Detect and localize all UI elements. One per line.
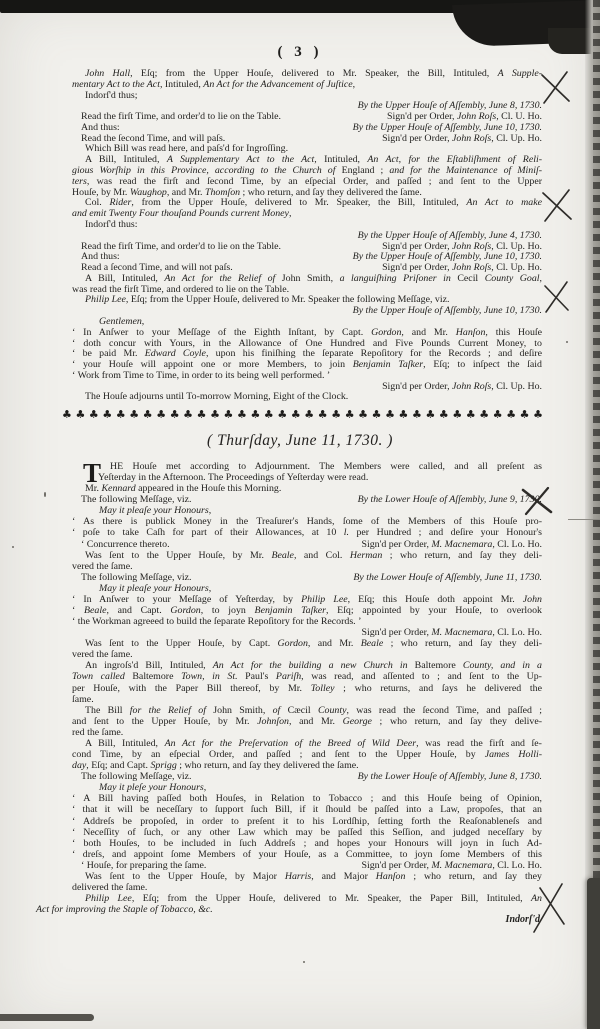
text-run: By the Upper Houſe of Aſſembly, June 4, … (358, 230, 542, 241)
text-run: , (353, 79, 355, 90)
text-run: Philip Lee (301, 594, 348, 605)
text-line: The Bill for the Relief of John Smith, o… (72, 705, 542, 716)
text-run: , (204, 782, 206, 793)
text-run: Sign'd per Order, (362, 860, 432, 871)
text-line: Yeſterday in the Afternoon. The Proceedi… (72, 472, 542, 483)
text-run: , Eſq; to inſpect the ſaid (423, 359, 542, 370)
text-run: The Bill (85, 705, 130, 716)
text-run: ‘ Houſe, for preparing the ſame. (81, 860, 206, 871)
text-line: ‘ Addreſs be propoſed, in order to preſe… (72, 816, 542, 827)
text-run: Was ſent to the Upper Houſe, by Mr. (85, 550, 271, 561)
text-run: Paul's (238, 671, 276, 682)
text-line: Was ſent to the Upper Houſe, by Mr. Beal… (72, 550, 542, 561)
text-run: May it pleſe your Honours (99, 782, 204, 793)
handwritten-x-mark (541, 278, 573, 314)
text-run: Indorſ'd thus: (85, 219, 138, 230)
text-line: ‘ both Houſes, to be included in ſuch Ad… (72, 838, 542, 849)
text-run: May it pleaſe your Honours (99, 505, 209, 516)
text-run: John Roſs (452, 262, 491, 273)
text-run: , was read, and aſſented to ; and ſent t… (301, 671, 542, 682)
text-run: a languiſhing Priſoner in (340, 273, 451, 284)
text-run: Sprigg (150, 760, 176, 771)
text-run: Baltemore (408, 660, 463, 671)
text-run: Indorſ'd thus; (85, 90, 138, 101)
text-line: May it pleaſe your Honours, (72, 505, 542, 516)
text-run: Which Bill was read here, and paſs'd for… (85, 143, 288, 154)
text-run: , and Col. (294, 550, 350, 561)
text-run: Sign'd per Order, (382, 133, 452, 144)
text-run: An Act for the building a new Church in (213, 660, 408, 671)
text-run: , Cl. Up. Ho. (491, 133, 542, 144)
text-run: Was ſent to the Upper Houſe, by Major (85, 871, 285, 882)
text-run: and for the Maintenance of Miniſ- (389, 165, 542, 176)
text-run: Read a ſecond Time, and will not paſs. (81, 262, 233, 273)
text-line: ‘ dreſs, and appoint ſome Members of you… (72, 849, 542, 860)
text-run: Read the firſt Time, and order'd to lie … (81, 241, 281, 252)
text-run: ‘ Concurrence thereto. (81, 539, 170, 550)
text-run: and ſent to the Upper Houſe, by Mr. (72, 716, 257, 727)
line-text: ‘ Concurrence thereto. (81, 539, 170, 550)
text-run: for the Relief of (130, 705, 206, 716)
text-line: cond Time, by an eſpecial Order, and paſ… (72, 749, 542, 760)
text-run: Hanſon (376, 871, 406, 882)
text-run: May it pleaſe your Honours (99, 583, 209, 594)
proceedings-june-10: John Hall, Eſq; from the Upper Houſe, de… (72, 69, 542, 403)
text-run: mentary Act to the Act (72, 79, 160, 90)
text-line: ‘ As there is publick Money in the Treaſ… (72, 516, 542, 527)
text-run: ‘ A Bill having paſſed both Houſes, in R… (72, 793, 542, 804)
text-run: Harris (285, 871, 311, 882)
text-line: vered the ſame. (72, 649, 542, 660)
text-run: ; who return, and ſay they deli- (383, 638, 542, 649)
text-line: and emit Twenty Four thouſand Pounds cur… (72, 209, 542, 220)
ink-speck (566, 341, 568, 343)
text-run: By the Lower Houſe of Aſſembly, June 8, … (358, 771, 542, 782)
text-run: ‘ both Houſes, to be included in ſuch Ad… (72, 838, 542, 849)
text-line-split: ‘ Houſe, for preparing the ſame.Sign'd p… (72, 860, 542, 871)
text-run: ‘ Addreſs be propoſed, in order to preſe… (72, 816, 542, 827)
text-run: ; who return, and ſay they delivered the… (177, 760, 359, 771)
text-run: Sign'd per Order, (382, 262, 452, 273)
text-run: By the Upper Houſe of Aſſembly, June 10,… (353, 251, 542, 262)
text-run: Was ſent to the Upper Houſe, by Capt. (85, 638, 278, 649)
text-run: An Act, for the Eſtabliſhment of Reli- (367, 154, 542, 165)
text-run: , was read the firſt and ſe- (416, 738, 542, 749)
text-run: John Roſs (452, 241, 491, 252)
scan-edge-right-texture (593, 0, 600, 1029)
text-run: , Eſq; from the Upper Houſe, delivered t… (130, 68, 498, 79)
text-run: Hanſon (456, 327, 486, 338)
text-run: Cecil (451, 273, 485, 284)
text-line: Was ſent to the Upper Houſe, by Capt. Go… (72, 638, 542, 649)
text-run: , upon his finiſhing the ſeparate Repoſi… (206, 348, 542, 359)
text-run: , was read the ſecond Time, and paſſed ; (346, 705, 542, 716)
text-run: Read the ſecond Time, and will paſs. (81, 133, 225, 144)
text-run: An Act for the Relief of (164, 273, 275, 284)
text-run: Philip Lee (85, 893, 132, 904)
text-run: John Roſs (457, 111, 496, 122)
text-run: Houſe, by Mr. (72, 187, 130, 198)
text-run: Town, in St. (181, 671, 238, 682)
text-line-split: The following Meſſage, viz.By the Lower … (72, 572, 542, 583)
text-run: , Cl. Up. Ho. (491, 381, 542, 392)
proceedings-june-11: T HE Houſe met according to Adjournment.… (72, 461, 542, 915)
text-run: Act for improving the Staple of Tobacco,… (36, 904, 213, 915)
text-run: John Roſs (452, 133, 491, 144)
text-run: Sign'd per Order, (382, 241, 452, 252)
text-run: red the ſame. (72, 727, 123, 738)
text-line: per Houſe, with the Paper Bill thereof, … (72, 683, 542, 694)
text-line: ‘ the Workman agreeed to build the ſepar… (72, 616, 542, 627)
text-run: , to joyn (201, 605, 255, 616)
text-run: George (343, 716, 372, 727)
text-line-split: The following Meſſage, viz.By the Lower … (72, 771, 542, 782)
text-run: Sign'd per Order, (362, 539, 432, 550)
text-run: , Intituled, (160, 79, 203, 90)
text-run: , Intituled, (314, 154, 367, 165)
text-run: Gordon (170, 605, 200, 616)
text-run: By the Upper Houſe of Aſſembly, June 8, … (358, 100, 542, 111)
text-run: per Houſe, with the Paper Bill thereof, … (72, 683, 311, 694)
text-run: Sign'd per Order, (382, 381, 452, 392)
text-run: Waughop (130, 187, 167, 198)
text-run: John Hall (85, 68, 130, 79)
text-run: A Supple- (498, 68, 542, 79)
text-run: Pariſh (276, 671, 301, 682)
text-run: ‘ As there is publick Money in the Treaſ… (72, 516, 542, 527)
text-run: Benjamin Taſker (353, 359, 423, 370)
text-run: was read the firſt Time, and ordered to … (72, 284, 289, 295)
text-run: Thomſon (205, 187, 240, 198)
text-run: , Cl. Up. Ho. (491, 241, 542, 252)
text-run: Johnſon (257, 716, 289, 727)
line-attribution: By the Lower Houſe of Aſſembly, June 11,… (353, 572, 542, 583)
text-line: Mr. Kennard appeared in the Houſe this M… (72, 483, 542, 494)
text-run: , Cl. Lo. Ho. (492, 539, 542, 550)
text-run: John Smith, (206, 705, 273, 716)
text-line: Town called Baltemore Town, in St. Paul'… (72, 671, 542, 682)
text-run: An Act to make (466, 197, 542, 208)
text-run: ‘ the Workman agreeed to build the ſepar… (72, 616, 361, 627)
text-run: , and Major (311, 871, 376, 882)
text-run: , Eſq; appointed by your Houſe, to overl… (326, 605, 542, 616)
line-attribution: Sign'd per Order, M. Macnemara, Cl. Lo. … (362, 539, 543, 550)
text-line: An ingroſs'd Bill, Intituled, An Act for… (72, 660, 542, 671)
text-run: Sign'd per Order, (362, 627, 432, 638)
text-run: The Houſe adjourns until To-morrow Morni… (85, 391, 348, 402)
handwritten-x-mark (526, 874, 586, 938)
text-run: And thus: (81, 251, 120, 262)
text-run: M. Macnemara (431, 539, 492, 550)
line-text: The following Meſſage, viz. (81, 494, 192, 505)
text-run: Gentlemen (99, 316, 142, 327)
text-run: , (142, 316, 144, 327)
text-run: Beale (361, 638, 383, 649)
text-run: and emit Twenty Four thouſand Pounds cur… (72, 208, 289, 219)
text-run: An Act for the Preſervation of the Breed… (165, 738, 416, 749)
line-attribution: By the Lower Houſe of Aſſembly, June 8, … (358, 771, 542, 782)
text-line-split: The following Meſſage, viz.By the Lower … (72, 494, 542, 505)
text-run: , from the Upper Houſe, delivered to Mr.… (131, 197, 466, 208)
day-heading: ( Thurſday, June 11, 1730. ) (0, 432, 600, 450)
text-run: ‘ be paid Mr. (72, 348, 145, 359)
text-run: , and Capt. (106, 605, 170, 616)
text-run: ; who return, and ſay they delive- (372, 716, 542, 727)
ink-speck (12, 546, 14, 548)
text-run: ‘ dreſs, and appoint ſome Members of you… (72, 849, 542, 860)
text-run: James Holli- (485, 749, 542, 760)
line-text: The following Meſſage, viz. (81, 771, 192, 782)
text-run: By the Lower Houſe of Aſſembly, June 9, … (358, 494, 542, 505)
text-run: County (318, 705, 347, 716)
ink-speck (303, 961, 305, 963)
text-line: mentary Act to the Act, Intituled, An Ac… (72, 80, 542, 91)
text-line-split: ‘ Concurrence thereto.Sign'd per Order, … (72, 539, 542, 550)
text-run: By the Upper Houſe of Aſſembly, June 10,… (353, 305, 542, 316)
fleuron-ornament-divider: ♣♣♣♣♣♣♣♣♣♣♣♣♣♣♣♣♣♣♣♣♣♣♣♣♣♣♣♣♣♣♣♣♣♣♣♣ (62, 406, 542, 424)
text-run: , and Mr. (289, 716, 343, 727)
text-run: ſame. (72, 694, 94, 705)
catchword: Indorſ'd (440, 914, 540, 925)
scan-scratch-line (568, 519, 600, 520)
text-run: ; who return, and ſay they deli- (382, 550, 542, 561)
text-run: , Cl. U. Ho. (496, 111, 542, 122)
text-run: A Supplementary Act to the Act (167, 154, 314, 165)
handwritten-x-mark (538, 185, 576, 223)
text-run: M. Macnemara (431, 627, 492, 638)
text-run: , (289, 208, 291, 219)
text-run: M. Macnemara (431, 860, 492, 871)
text-run: Cæcil (280, 705, 318, 716)
text-run: An Act for the Advancement of Juſtice (203, 79, 352, 90)
text-run: , this Houſe (485, 327, 542, 338)
text-run: A Bill, Intituled, (85, 738, 165, 749)
text-run: vered the ſame. (72, 561, 133, 572)
text-run: An ingroſs'd Bill, Intituled, (85, 660, 213, 671)
text-run: Read the firſt Time, and order'd to lie … (81, 111, 281, 122)
text-run: gious Worſhip in this Province, accordin… (72, 165, 336, 176)
text-run: England ; (336, 165, 390, 176)
text-run: Gordon (278, 638, 308, 649)
text-run: Gordon (371, 327, 401, 338)
text-run: , and Mr. (308, 638, 361, 649)
handwritten-x-mark (517, 484, 557, 518)
text-run: vered the ſame. (72, 649, 133, 660)
text-run: By the Lower Houſe of Aſſembly, June 11,… (353, 572, 542, 583)
text-line: ‘ that it will be neceſſary to ſupport ſ… (72, 804, 542, 815)
line-attribution: Sign'd per Order, John Roſs, Cl. Up. Ho. (382, 134, 542, 145)
text-line: ‘ Beale, and Capt. Gordon, to joyn Benja… (72, 605, 542, 616)
text-line: HE Houſe met according to Adjournment. T… (72, 461, 542, 472)
text-run: , and Mr. (167, 187, 205, 198)
text-run: , was read the firſt and ſecond Time, by… (87, 176, 542, 187)
text-run: The following Meſſage, viz. (81, 494, 192, 505)
text-run: Rider (109, 197, 131, 208)
text-run: ‘ doth concur with Yours, in the Allowan… (72, 338, 542, 349)
text-line: Sign'd per Order, M. Macnemara, Cl. Lo. … (72, 627, 542, 638)
text-line: The Houſe adjourns until To-morrow Morni… (72, 392, 542, 403)
scan-edge-bottom-left (0, 1014, 94, 1021)
text-line: vered the ſame. (72, 561, 542, 572)
text-run: Edward Coyle (145, 348, 206, 359)
text-run: HE Houſe met according to Adjournment. T… (110, 461, 542, 472)
line-attribution: Sign'd per Order, M. Macnemara, Cl. Lo. … (362, 860, 543, 871)
text-line: Was ſent to the Upper Houſe, by Major Ha… (72, 871, 542, 882)
text-run: delivered the ſame. (72, 882, 147, 893)
text-run: , Eſq; and Capt. (86, 760, 150, 771)
text-run: , Eſq; this Houſe doth appoint Mr. (348, 594, 523, 605)
text-run: appeared in the Houſe this Morning. (136, 483, 282, 494)
text-run: Beale (84, 605, 106, 616)
text-run: , (209, 505, 211, 516)
scanned-document-page: ( 3 ) John Hall, Eſq; from the Upper Hou… (0, 0, 600, 1029)
text-run: John Smith, (275, 273, 339, 284)
text-line: ‘ In Anſwer to your Meſſage of Yeſterday… (72, 594, 542, 605)
text-run: ; who return, and ſay they (405, 871, 542, 882)
text-run: A Bill, Intituled, (85, 273, 164, 284)
text-run: A Bill, Intituled, (85, 154, 167, 165)
text-run: , Cl. Up. Ho. (491, 262, 542, 273)
text-run: And thus: (81, 122, 120, 133)
text-line: ‘ Neceſſity of ſuch, or any other Law wh… (72, 827, 542, 838)
line-text: ‘ Houſe, for preparing the ſame. (81, 860, 206, 871)
text-run: ‘ (72, 605, 84, 616)
text-run: ‘ In Anſwer to your Meſſage of the Eight… (72, 327, 371, 338)
text-run: ‘ Neceſſity of ſuch, or any other Law wh… (72, 827, 542, 838)
text-run: , and Mr. (401, 327, 455, 338)
text-run: ‘ your Houſe will appoint one or more Me… (72, 359, 353, 370)
text-run: County, and in a (463, 660, 542, 671)
text-run: ters (72, 176, 87, 187)
text-run: , Eſq; from the Upper Houſe, delivered t… (126, 294, 450, 305)
text-line: ‘ poſe to take Caſh for part of their Al… (72, 527, 542, 538)
text-run: ‘ In Anſwer to your Meſſage of Yeſterday… (72, 594, 301, 605)
text-line: May it pleaſe your Honours, (72, 583, 542, 594)
text-line: ‘ A Bill having paſſed both Houſes, in R… (72, 793, 542, 804)
text-line: delivered the ſame. (72, 882, 542, 893)
text-run: , Eſq; from the Upper Houſe, delivered t… (132, 893, 531, 904)
text-run: Tolley (311, 683, 335, 694)
text-run: per Hundred ; and deſire your Honour's (349, 527, 542, 538)
text-line: A Bill, Intituled, An Act for the Preſer… (72, 738, 542, 749)
text-run: ; who returns, and ſays he delivered the (334, 683, 542, 694)
text-run: Yeſterday in the Afternoon. The Proceedi… (98, 472, 368, 483)
scan-edge-right-bottom (587, 878, 600, 1029)
text-run: Baltemore (125, 671, 181, 682)
text-run: John (523, 594, 542, 605)
text-run: ‘ Work from Time to Time, in order to it… (72, 370, 330, 381)
text-run: , Cl. Lo. Ho. (492, 860, 542, 871)
text-line: ſame. (72, 694, 542, 705)
text-run: ‘ that it will be neceſſary to ſupport ſ… (72, 804, 542, 815)
line-attribution: By the Lower Houſe of Aſſembly, June 9, … (358, 494, 542, 505)
text-run: cond Time, by an eſpecial Order, and paſ… (72, 749, 485, 760)
text-run: County Goal (485, 273, 540, 284)
ink-speck (44, 492, 46, 497)
text-run: By the Upper Houſe of Aſſembly, June 10,… (353, 122, 542, 133)
text-run: Town called (72, 671, 125, 682)
handwritten-x-mark (538, 68, 574, 106)
text-run: , (209, 583, 211, 594)
text-run: The following Meſſage, viz. (81, 572, 192, 583)
text-run: Col. (85, 197, 109, 208)
text-line: and ſent to the Upper Houſe, by Mr. John… (72, 716, 542, 727)
text-line: May it pleſe your Honours, (72, 782, 542, 793)
text-run: John Roſs (452, 381, 491, 392)
line-text: The following Meſſage, viz. (81, 572, 192, 583)
text-run: The following Meſſage, viz. (81, 771, 192, 782)
text-line: day, Eſq; and Capt. Sprigg ; who return,… (72, 760, 542, 771)
text-run: Beale (271, 550, 293, 561)
text-run: ; who return, and ſay they delivered the… (240, 187, 422, 198)
text-line: Philip Lee, Eſq; from the Upper Houſe, d… (72, 893, 542, 904)
text-run: day (72, 760, 86, 771)
text-run: ‘ poſe to take Caſh for part of their Al… (72, 527, 344, 538)
text-line: red the ſame. (72, 727, 542, 738)
text-run: Sign'd per Order, (387, 111, 457, 122)
drop-cap-letter: T (83, 462, 109, 486)
text-run: , Cl. Lo. Ho. (492, 627, 542, 638)
page-number: ( 3 ) (0, 44, 600, 61)
text-run: Philip Lee (85, 294, 126, 305)
text-run: Herman (350, 550, 382, 561)
text-run: Benjamin Taſker (255, 605, 326, 616)
